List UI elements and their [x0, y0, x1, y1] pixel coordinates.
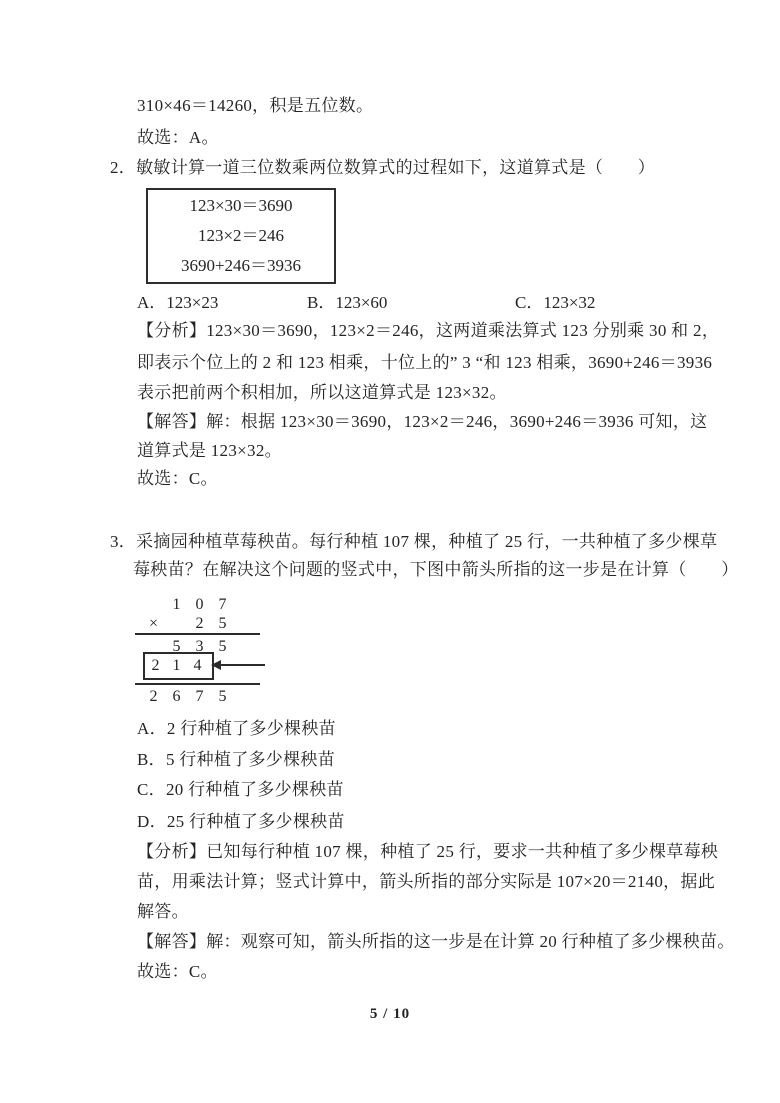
- q2-analysis-line: 【分析】123×30＝3690，123×2＝246，这两道乘法算式 123 分别…: [137, 320, 719, 342]
- q2-option-a: A．123×23: [137, 288, 218, 313]
- q2-box-line: 3690+246＝3936: [181, 251, 301, 281]
- document-page: 310×46＝14260，积是五位数。 故选：A。 2．敏敏计算一道三位数乘两位…: [0, 0, 780, 1103]
- q3-analysis-line: 解答。: [137, 901, 189, 923]
- q2-choice-line: 故选：C。: [137, 468, 218, 490]
- q2-option-c: C．123×32: [515, 288, 595, 313]
- q3-option-d: D．25 行种植了多少棵秧苗: [137, 811, 345, 833]
- digit: 5: [211, 616, 234, 632]
- q3-option-a: A．2 行种植了多少棵秧苗: [137, 718, 336, 740]
- mult-row-factor1: 107: [142, 597, 234, 613]
- mult-rule-line: [135, 683, 260, 685]
- arrow-shaft: [220, 664, 265, 666]
- q3-answer-line: 【解答】解：观察可知，箭头所指的这一步是在计算 20 行种植了多少棵秧苗。: [137, 931, 735, 953]
- mult-row-product: 2675: [142, 689, 234, 705]
- q2-number: 2．: [110, 157, 136, 179]
- multiply-sign: ×: [142, 616, 165, 632]
- q3-choice-line: 故选：C。: [137, 961, 218, 983]
- digit: 5: [211, 689, 234, 705]
- q2-option-b: B．123×60: [307, 288, 387, 313]
- q2-answer-line: 【解答】解：根据 123×30＝3690，123×2＝246，3690+246＝…: [137, 411, 707, 433]
- digit: 4: [187, 657, 208, 675]
- q1-choice-line: 故选：A。: [137, 127, 219, 149]
- q2-box-line: 123×2＝246: [198, 221, 284, 251]
- digit: 7: [188, 689, 211, 705]
- q2-question-text: 敏敏计算一道三位数乘两位数算式的过程如下，这道算式是（ ）: [136, 158, 655, 177]
- q3-analysis-line: 【分析】已知每行种植 107 棵，种植了 25 行，要求一共种植了多少棵草莓秧: [137, 841, 718, 863]
- q3-question-line: 3．采摘园种植草莓秧苗。每行种植 107 棵，种植了 25 行，一共种植了多少棵…: [110, 531, 717, 553]
- digit: 1: [165, 597, 188, 613]
- q2-analysis-line: 即表示个位上的 2 和 123 相乘，十位上的” 3 “和 123 相乘，369…: [137, 352, 712, 374]
- q2-analysis-line: 表示把前两个积相加，所以这道算式是 123×32。: [137, 382, 507, 404]
- digit: [165, 616, 188, 632]
- digit: 1: [166, 657, 187, 675]
- digit: [142, 597, 165, 613]
- q2-calculation-box: 123×30＝3690 123×2＝246 3690+246＝3936: [146, 188, 336, 284]
- q1-result-line: 310×46＝14260，积是五位数。: [137, 95, 373, 117]
- q3-analysis-line: 苗，用乘法计算；竖式计算中，箭头所指的部分实际是 107×20＝2140，据此: [137, 871, 715, 893]
- page-number: 5 / 10: [0, 1006, 780, 1023]
- digit: 0: [188, 597, 211, 613]
- digit: 5: [211, 639, 234, 655]
- q3-number: 3．: [110, 531, 136, 553]
- digit: 2: [188, 616, 211, 632]
- q2-question-line: 2．敏敏计算一道三位数乘两位数算式的过程如下，这道算式是（ ）: [110, 157, 655, 179]
- q3-option-c: C．20 行种植了多少棵秧苗: [137, 779, 344, 801]
- q2-box-line: 123×30＝3690: [189, 191, 292, 221]
- digit: 6: [165, 689, 188, 705]
- q3-question-text: 采摘园种植草莓秧苗。每行种植 107 棵，种植了 25 行，一共种植了多少棵草: [136, 532, 717, 551]
- mult-row-partial2-box: 214: [143, 652, 214, 680]
- mult-row-factor2: ×25: [142, 616, 234, 632]
- mult-rule-line: [135, 633, 260, 635]
- digit: 2: [145, 657, 166, 675]
- digit: 7: [211, 597, 234, 613]
- digit: 2: [142, 689, 165, 705]
- q2-answer-line: 道算式是 123×32。: [137, 440, 282, 462]
- q3-option-b: B．5 行种植了多少棵秧苗: [137, 749, 335, 771]
- q3-question-line: 莓秧苗？在解决这个问题的竖式中，下图中箭头所指的这一步是在计算（ ）: [133, 559, 739, 581]
